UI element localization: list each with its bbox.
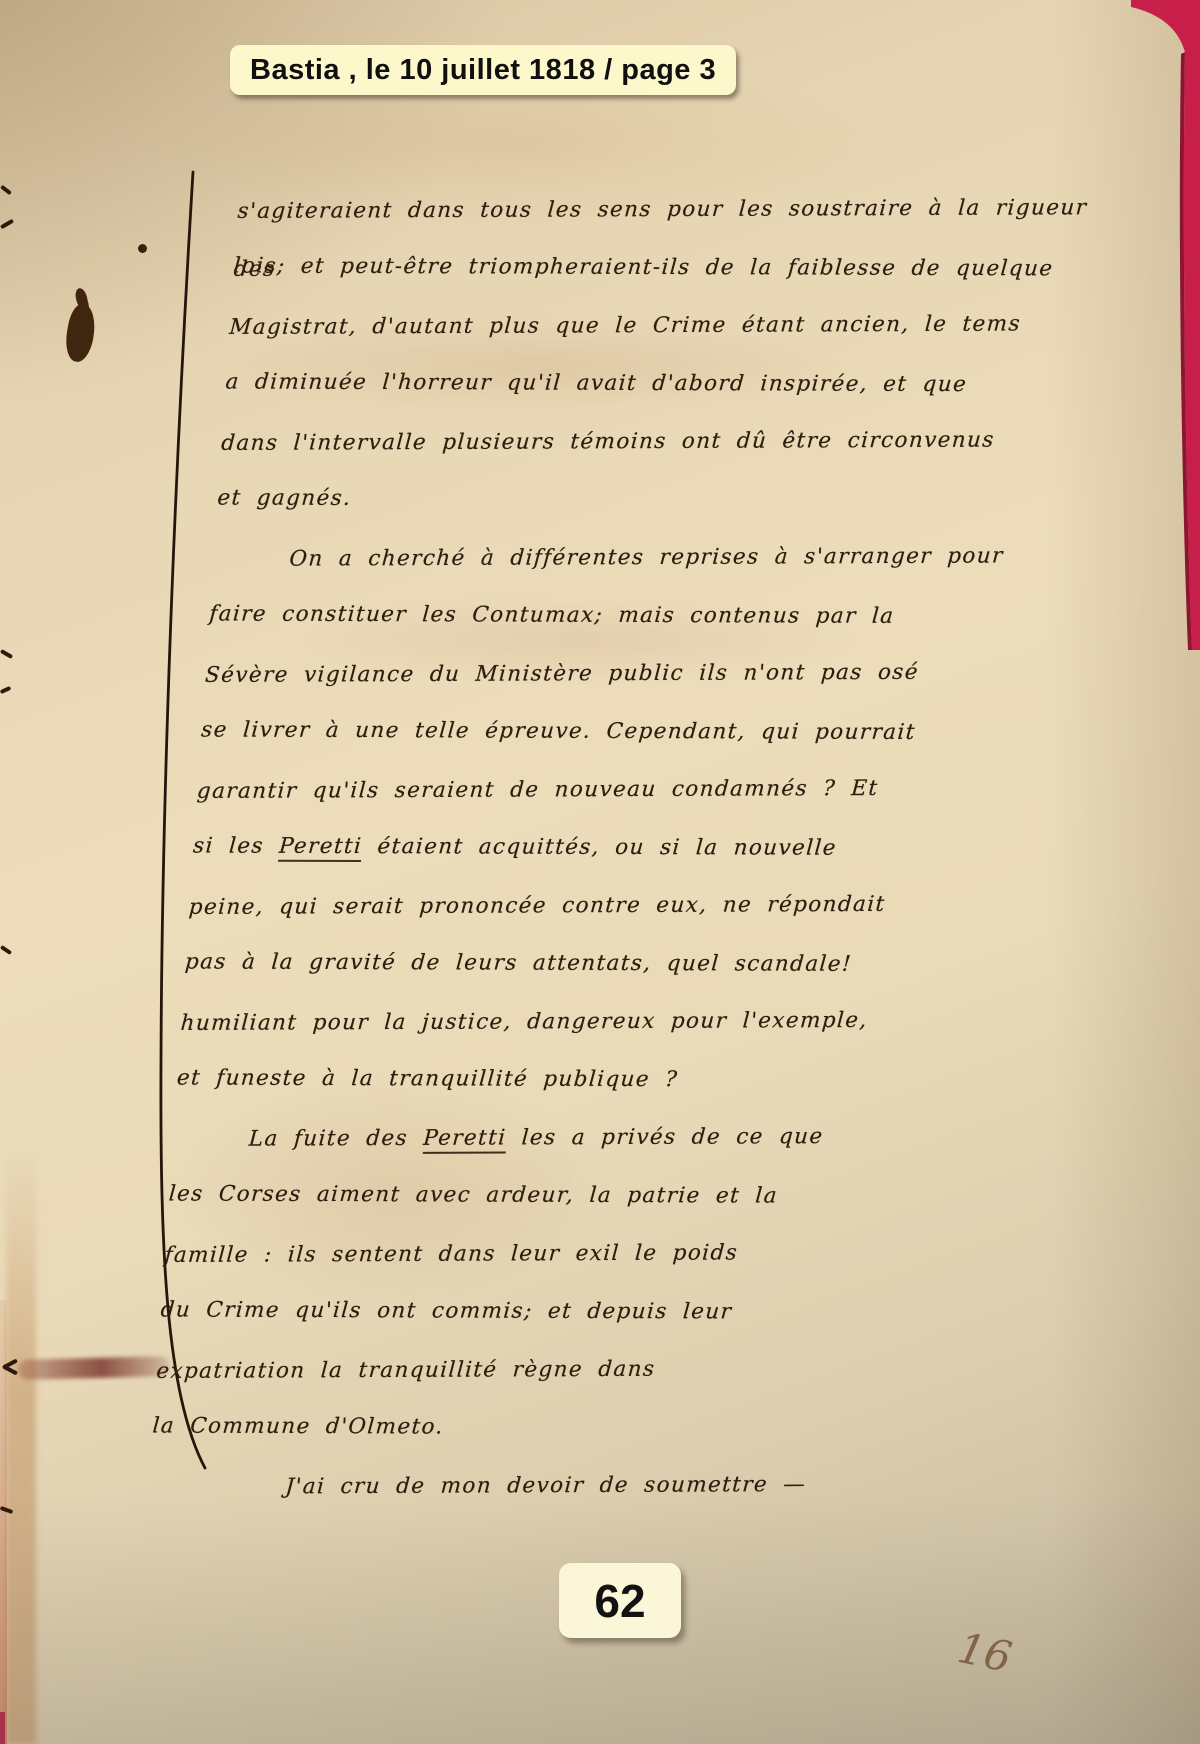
manuscript-photo: Bastia , le 10 juillet 1818 / page 3 s'a… <box>0 0 1200 1744</box>
manuscript-line: On a cherché à différentes reprises à s'… <box>211 527 1100 589</box>
red-ink-smudge <box>18 1356 170 1380</box>
manuscript-line: s'agiteraient dans tous les sens pour le… <box>236 179 1125 241</box>
folio-number-text: 62 <box>594 1574 645 1628</box>
manuscript-line: dans l'intervalle plusieurs témoins ont … <box>219 411 1108 473</box>
ink-dot <box>138 244 147 253</box>
manuscript-line: pas à la gravité de leurs attentats, que… <box>183 933 1072 994</box>
manuscript-line: faire constituer les Contumax; mais cont… <box>207 585 1096 646</box>
manuscript-line: les Corses aiment avec ardeur, la patrie… <box>167 1165 1056 1226</box>
underlined-name: Peretti <box>422 1125 507 1153</box>
manuscript-line: la Commune d'Olmeto. <box>150 1397 1039 1458</box>
manuscript-line: si les Peretti étaient acquittés, ou si … <box>191 817 1080 878</box>
caption-label: Bastia , le 10 juillet 1818 / page 3 <box>230 45 736 95</box>
caption-label-text: Bastia , le 10 juillet 1818 / page 3 <box>250 54 716 87</box>
manuscript-line: Magistrat, d'autant plus que le Crime ét… <box>227 295 1116 357</box>
manuscript-line: se livrer à une telle épreuve. Cependant… <box>199 701 1088 762</box>
paper-stain-left <box>6 1150 36 1744</box>
manuscript-line: J'ai cru de mon devoir de soumettre — <box>146 1455 1035 1517</box>
manuscript-line: a diminuée l'horreur qu'il avait d'abord… <box>223 353 1112 414</box>
manuscript-line: peine, qui serait prononcée contre eux, … <box>187 875 1076 937</box>
manuscript-line: garantir qu'ils seraient de nouveau cond… <box>195 759 1084 821</box>
manuscript-line: humiliant pour la justice, dangereux pou… <box>179 991 1068 1053</box>
manuscript-line: famille : ils sentent dans leur exil le … <box>163 1223 1052 1285</box>
manuscript-lines: s'agiteraient dans tous les sens pour le… <box>146 181 1124 1515</box>
manuscript-line: expatriation la tranquillité règne dans <box>154 1339 1043 1401</box>
manuscript-line: Sévère vigilance du Ministère public ils… <box>203 643 1092 705</box>
underlined-name: Peretti <box>278 834 363 862</box>
manuscript-line: du Crime qu'ils ont commis; et depuis le… <box>159 1281 1048 1342</box>
manuscript-line: lois; et peut-être triompheraient-ils de… <box>232 237 1121 298</box>
folio-number-label: 62 <box>559 1563 681 1638</box>
manuscript-line: et gagnés. <box>215 469 1104 530</box>
manuscript-line: La fuite des Peretti les a privés de ce … <box>171 1107 1060 1169</box>
manuscript-line: et funeste à la tranquillité publique ? <box>175 1049 1064 1110</box>
